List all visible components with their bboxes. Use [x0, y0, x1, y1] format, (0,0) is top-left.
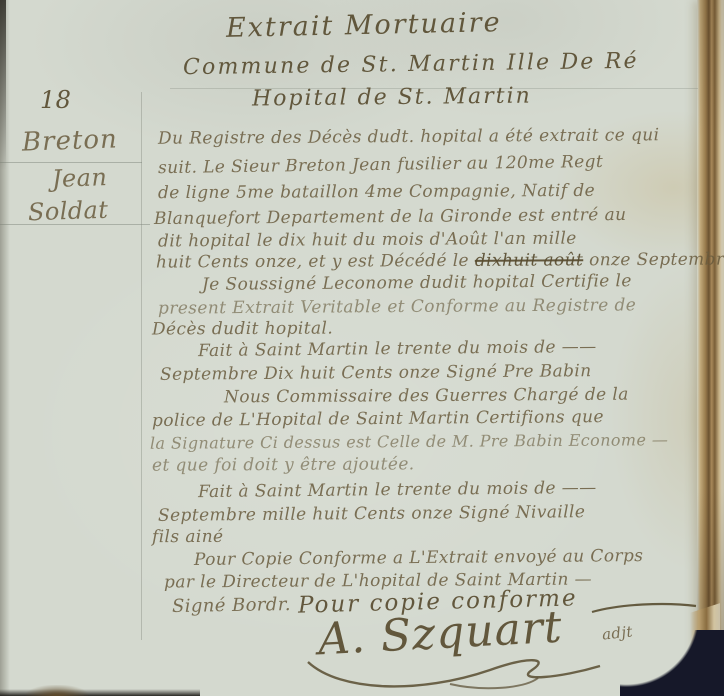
body-line: dit hopital le dix huit du mois d'Août l… — [158, 229, 577, 252]
deces-text-before: huit Cents onze, et y est Décédé le — [156, 251, 475, 273]
body-line: present Extrait Veritable et Conforme au… — [158, 295, 636, 318]
document-scan: Extrait Mortuaire Commune de St. Martin … — [0, 0, 724, 696]
body-line: Du Registre des Décès dudt. hopital a ét… — [158, 125, 660, 148]
guide-line — [0, 162, 142, 163]
body-line: fils ainé — [152, 527, 224, 547]
body-line: Blanquefort Departement de la Gironde es… — [154, 205, 627, 229]
deces-text-struck: dixhuit août — [475, 250, 584, 271]
body-line: Septembre Dix huit Cents onze Signé Pre … — [160, 361, 592, 385]
margin-entry-number: 18 — [40, 86, 71, 114]
body-line: Je Soussigné Leconome dudit hopital Cert… — [202, 271, 632, 295]
body-line: Fait à Saint Martin le trente du mois de… — [198, 478, 597, 502]
body-line: Septembre mille huit Cents onze Signé Ni… — [158, 502, 585, 526]
body-line: de ligne 5me bataillon 4me Compagnie, Na… — [158, 181, 595, 203]
binding-edge-top-left — [0, 0, 6, 170]
signature-title: adjt — [601, 622, 634, 643]
page-edge-right-shade — [697, 0, 724, 696]
margin-rule-line — [141, 92, 142, 640]
margin-rank: Soldat — [28, 196, 109, 227]
body-line: Fait à Saint Martin le trente du mois de… — [198, 337, 597, 361]
body-line: police de L'Hopital de Saint Martin Cert… — [152, 407, 604, 431]
body-line: et que foi doit y être ajoutée. — [152, 454, 415, 475]
paper-stain-bottom — [26, 685, 88, 696]
body-line-deces: huit Cents onze, et y est Décédé le dixh… — [156, 249, 724, 272]
page-title: Extrait Mortuaire — [226, 7, 502, 44]
deces-text-after: onze Septembre — [583, 249, 724, 270]
body-line: la Signature Ci dessus est Celle de M. P… — [150, 430, 668, 453]
body-line: Nous Commissaire des Guerres Chargé de l… — [224, 385, 629, 408]
margin-given-name: Jean — [52, 163, 108, 193]
margin-surname: Breton — [22, 124, 119, 157]
body-line: Pour Copie Conforme a L'Extrait envoyé a… — [194, 546, 644, 570]
body-line: Décès dudit hopital. — [152, 319, 333, 340]
signe-bord-line: Signé Bordr. — [172, 594, 291, 617]
backdrop-corner-bottom-right — [620, 630, 724, 696]
hopital-line: Hopital de St. Martin — [252, 84, 532, 112]
